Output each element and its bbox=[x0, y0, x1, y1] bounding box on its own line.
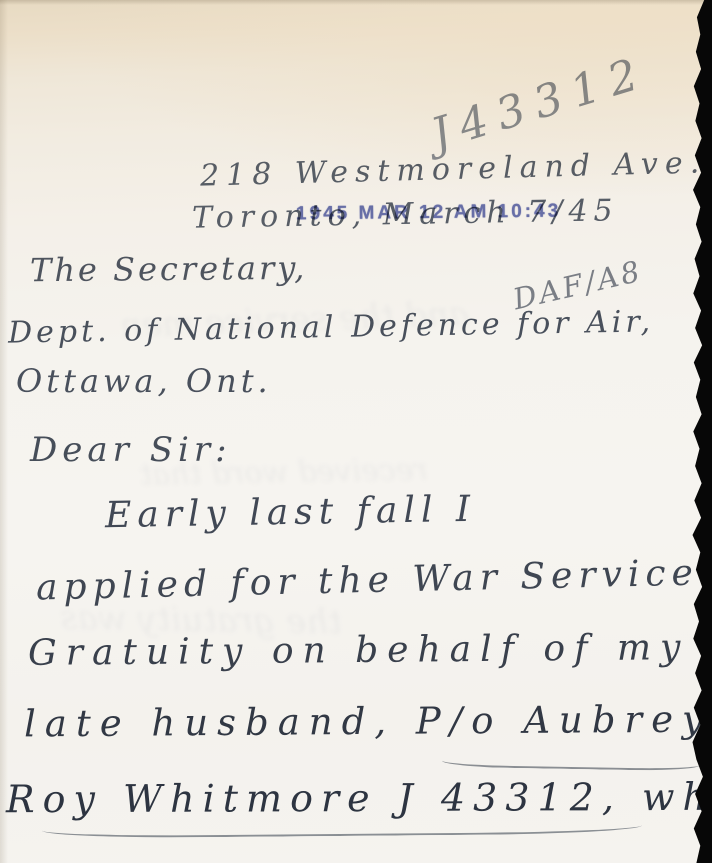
file-number-annotation: J43312 bbox=[425, 46, 654, 160]
underline-mark-whitmore bbox=[42, 817, 642, 838]
sender-date-line: Toronto, March 7/45 bbox=[192, 193, 619, 235]
show-through-smudge: the gratuity was bbox=[60, 598, 342, 643]
recipient-line: Ottawa, Ont. bbox=[16, 362, 272, 400]
salutation: Dear Sir: bbox=[30, 430, 232, 470]
recipient-line: Dept. of National Defence for Air, bbox=[8, 304, 655, 350]
torn-paper-edge bbox=[686, 0, 712, 863]
body-line: Roy Whitmore J 43312, who bbox=[6, 775, 712, 822]
body-line: applied for the War Service bbox=[36, 552, 700, 608]
body-line: Gratuity on behalf of my bbox=[28, 627, 690, 674]
received-date-stamp: 1945 MAR 12 AM 10:43 bbox=[296, 201, 561, 226]
show-through-smudge: and the service men bbox=[119, 294, 470, 346]
recipient-line: The Secretary, bbox=[30, 249, 308, 289]
body-line: late husband, P/o Aubrey bbox=[24, 698, 712, 746]
file-reference-annotation: DAF/A8 bbox=[510, 254, 646, 317]
paper-edge-shadow-left bbox=[0, 0, 8, 863]
show-through-smudge: received word that bbox=[140, 452, 428, 492]
letter-page: and the service men received word that t… bbox=[0, 0, 712, 863]
sender-address-line: 218 Westmoreland Ave. bbox=[200, 145, 707, 193]
body-line: Early last fall I bbox=[105, 489, 477, 536]
underline-mark-aubrey bbox=[442, 755, 700, 772]
paper-edge-shadow-top bbox=[0, 0, 712, 5]
